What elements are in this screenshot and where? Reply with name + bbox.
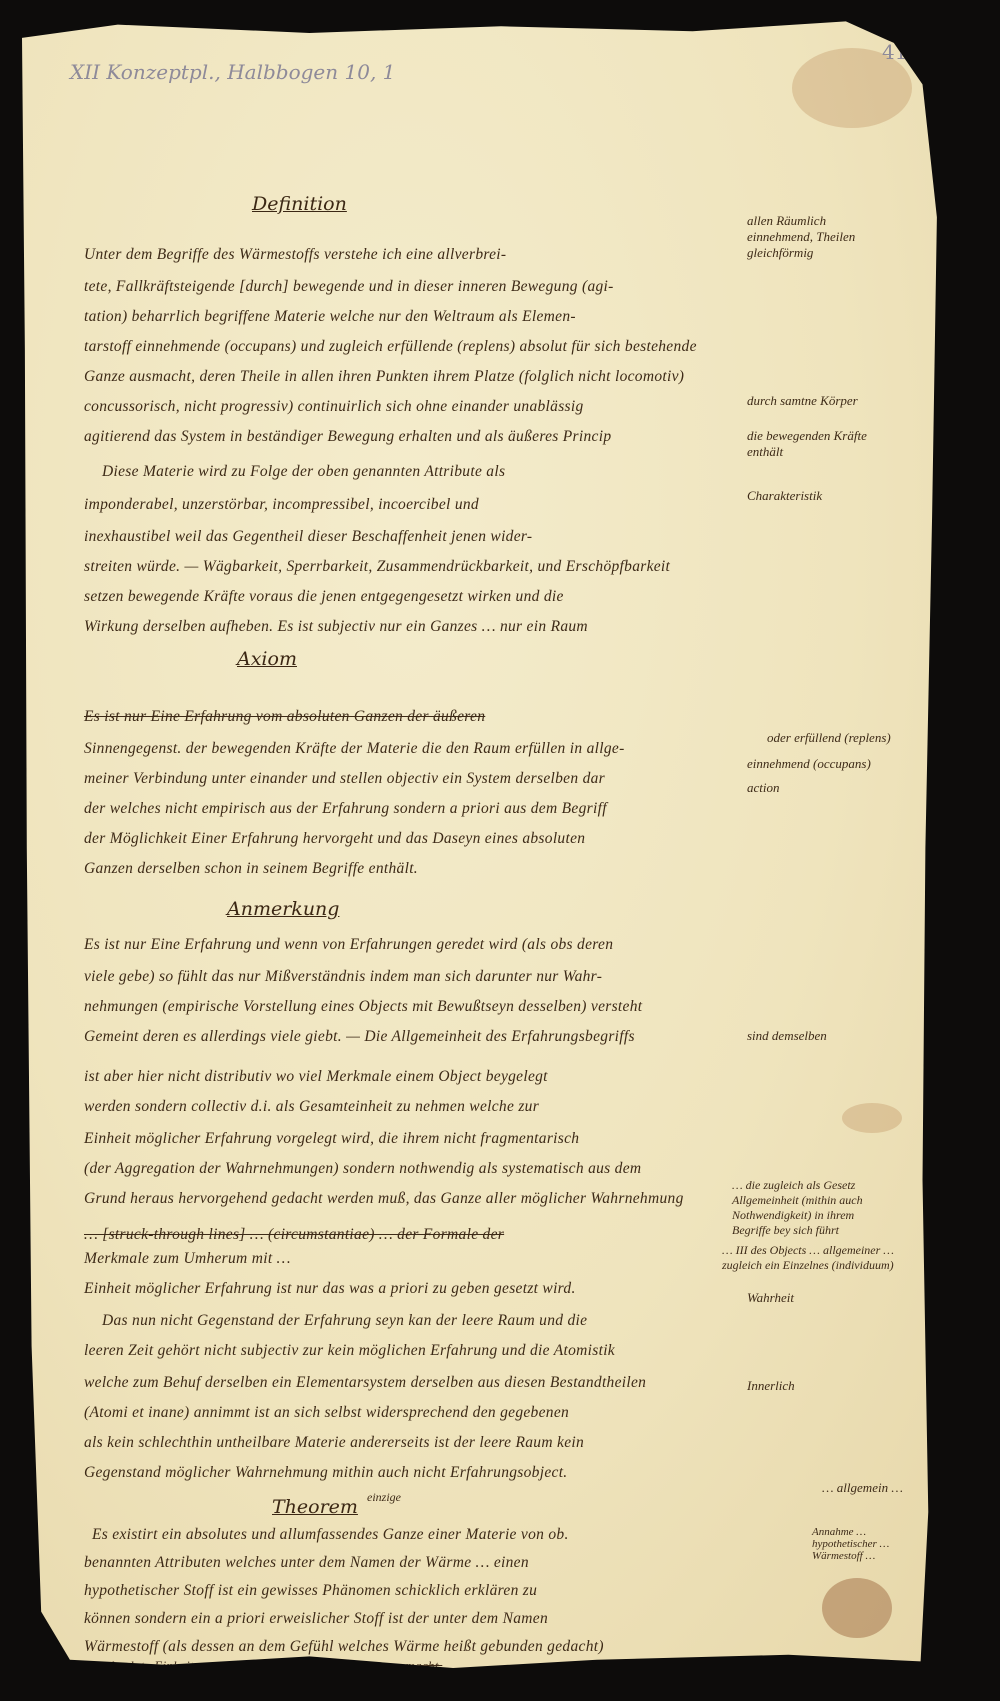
- text-line: Grund heraus hervorgehend gedacht werden…: [84, 1190, 684, 1208]
- text-line: tation) beharrlich begriffene Materie we…: [84, 308, 576, 326]
- margin-note: durch samtne Körper: [747, 393, 858, 409]
- text-line: meiner Verbindung unter einander und ste…: [84, 770, 605, 788]
- text-line: Das nun nicht Gegenstand der Erfahrung s…: [102, 1312, 587, 1330]
- heading-definition: Definition: [252, 193, 347, 215]
- text-line: Merkmale zum Umherum mit …: [84, 1250, 291, 1268]
- margin-note: die bewegenden Kräfte enthält: [747, 428, 887, 460]
- text-line: tarstoff einnehmende (occupans) und zugl…: [84, 338, 697, 356]
- text-line: Diese Materie wird zu Folge der oben gen…: [102, 463, 505, 481]
- text-line: Einheit möglicher Erfahrung vorgelegt wi…: [84, 1130, 579, 1148]
- folio-number: 41: [882, 40, 907, 64]
- text-line: benannten Attributen welches unter dem N…: [84, 1554, 529, 1572]
- text-line: Einheit möglicher Erfahrung ist nur das …: [84, 1280, 576, 1298]
- text-line: Es existirt ein absolutes und allumfasse…: [92, 1526, 569, 1544]
- stain: [842, 1103, 902, 1133]
- text-line: (Atomi et inane) annimmt ist an sich sel…: [84, 1404, 569, 1422]
- margin-note: … die zugleich als Gesetz Allgemeinheit …: [732, 1178, 892, 1238]
- text-line: Es ist nur Eine Erfahrung und wenn von E…: [84, 936, 613, 954]
- pencil-header: XII Konzeptpl., Halbbogen 10, 1: [70, 60, 395, 84]
- text-line: Gemeint deren es allerdings viele giebt.…: [84, 1028, 635, 1046]
- text-line: agitierend das System in beständiger Bew…: [84, 428, 611, 446]
- text-line: concussorisch, nicht progressiv) continu…: [84, 398, 584, 416]
- text-line: inexhaustibel weil das Gegentheil dieser…: [84, 528, 532, 546]
- margin-note: einnehmend (occupans): [747, 756, 871, 772]
- margin-note: … III des Objects … allgemeiner … zuglei…: [722, 1243, 902, 1273]
- text-line: Es ist nur Eine Erfahrung vom absoluten …: [84, 708, 485, 726]
- text-line: die absolute Einheit … ein für sich best…: [84, 1658, 442, 1674]
- text-line: der welches nicht empirisch aus der Erfa…: [84, 800, 607, 818]
- stain: [822, 1578, 892, 1638]
- text-line: ist aber hier nicht distributiv wo viel …: [84, 1068, 548, 1086]
- heading-axiom: Axiom: [237, 648, 297, 670]
- text-line: (der Aggregation der Wahrnehmungen) sond…: [84, 1160, 641, 1178]
- text-line: Unter dem Begriffe des Wärmestoffs verst…: [84, 246, 506, 264]
- heading-anmerkung: Anmerkung: [227, 898, 339, 920]
- text-line: der Möglichkeit Einer Erfahrung hervorge…: [84, 830, 585, 848]
- text-line: nehmungen (empirische Vorstellung eines …: [84, 998, 642, 1016]
- text-line: werden sondern collectiv d.i. als Gesamt…: [84, 1098, 539, 1116]
- text-line: Ganze ausmacht, deren Theile in allen ih…: [84, 368, 684, 386]
- text-line: als kein schlechthin untheilbare Materie…: [84, 1434, 584, 1452]
- text-line: imponderabel, unzerstörbar, incompressib…: [84, 496, 479, 514]
- text-line: hypothetischer Stoff ist ein gewisses Ph…: [84, 1582, 537, 1600]
- heading-theorem: Theorem: [272, 1496, 358, 1518]
- text-line: tete, Fallkräftsteigende [durch] bewegen…: [84, 278, 614, 296]
- margin-note: Annahme … hypothetischer … Wärmestoff …: [812, 1526, 912, 1562]
- margin-note: oder erfüllend (replens): [767, 730, 891, 746]
- margin-note: Wahrheit: [747, 1290, 794, 1306]
- text-line: Ganzen derselben schon in seinem Begriff…: [84, 860, 418, 878]
- text-line: setzen bewegende Kräfte voraus die jenen…: [84, 588, 564, 606]
- text-line: viele gebe) so fühlt das nur Mißverständ…: [84, 968, 602, 986]
- text-line: streiten würde. — Wägbarkeit, Sperrbarke…: [84, 558, 670, 576]
- text-line: welche zum Behuf derselben ein Elementar…: [84, 1374, 646, 1392]
- text-line: Gegenstand möglicher Wahrnehmung mithin …: [84, 1464, 567, 1482]
- margin-note: Charakteristik: [747, 488, 822, 504]
- text-line: Wärmestoff (als dessen an dem Gefühl wel…: [84, 1638, 604, 1656]
- margin-note: … allgemein …: [822, 1480, 903, 1496]
- text-line: leeren Zeit gehört nicht subjectiv zur k…: [84, 1342, 615, 1360]
- margin-note: sind demselben: [747, 1028, 827, 1044]
- margin-note: action: [747, 780, 780, 796]
- heading-annotation: einzige: [367, 1490, 401, 1505]
- text-line: Sinnengegenst. der bewegenden Kräfte der…: [84, 740, 625, 758]
- margin-note: Innerlich: [747, 1378, 795, 1394]
- manuscript-page: XII Konzeptpl., Halbbogen 10, 1 41 Defin…: [22, 18, 980, 1678]
- text-line: können sondern ein a priori erweislicher…: [84, 1610, 548, 1628]
- text-line: … [struck-through lines] … (circumstanti…: [84, 1226, 504, 1244]
- margin-note: allen Räumlich einnehmend, Theilen gleic…: [747, 213, 887, 261]
- text-line: Wirkung derselben aufheben. Es ist subje…: [84, 618, 588, 636]
